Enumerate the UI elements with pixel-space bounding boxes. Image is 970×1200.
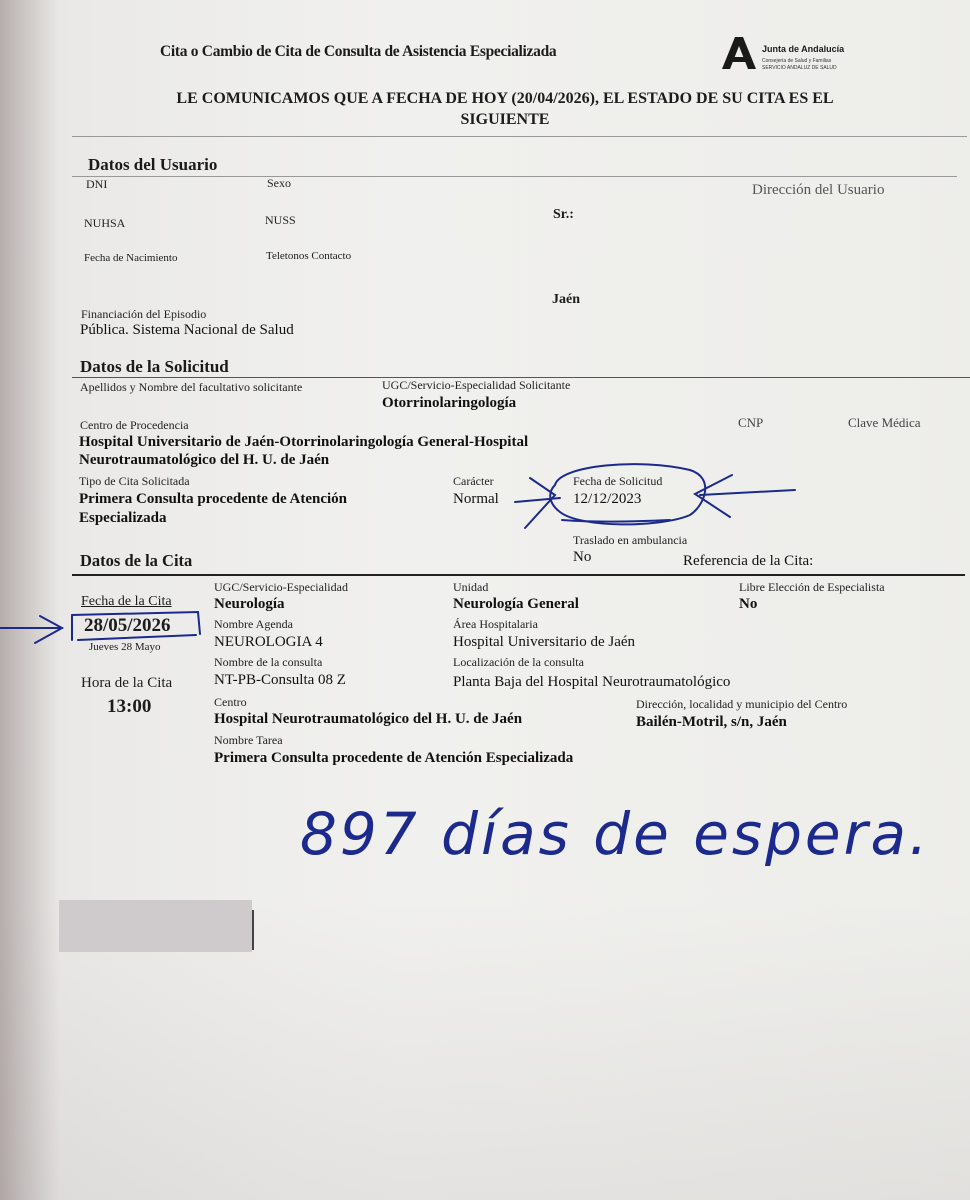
fecha-cita-label: Fecha de la Cita xyxy=(81,594,172,610)
fecha-nacimiento-label: Fecha de Nacimiento xyxy=(84,252,177,264)
document-page: Cita o Cambio de Cita de Consulta de Asi… xyxy=(0,0,970,1200)
area-label: Área Hospitalaria xyxy=(453,617,538,632)
centro-cita-value: Hospital Neurotraumatológico del H. U. d… xyxy=(214,711,522,728)
caracter-label: Carácter xyxy=(453,474,494,489)
centro-cita-label: Centro xyxy=(214,695,247,710)
solicitud-section-title: Datos de la Solicitud xyxy=(80,357,229,377)
tarea-label: Nombre Tarea xyxy=(214,733,283,748)
notice-line2: SIGUIENTE xyxy=(0,111,970,129)
unidad-label: Unidad xyxy=(453,580,488,595)
financiacion-label: Financiación del Episodio xyxy=(81,307,206,322)
dni-label: DNI xyxy=(86,177,107,192)
fecha-cita-value: 28/05/2026 xyxy=(84,615,171,637)
centro-procedencia-label: Centro de Procedencia xyxy=(80,418,189,433)
libre-eleccion-value: No xyxy=(739,596,757,613)
tarea-value: Primera Consulta procedente de Atención … xyxy=(214,750,573,767)
traslado-value: No xyxy=(573,549,591,566)
area-value: Hospital Universitario de Jaén xyxy=(453,634,635,651)
ugc-solicitante-label: UGC/Servicio-Especialidad Solicitante xyxy=(382,378,570,393)
hora-cita-value: 13:00 xyxy=(107,696,151,718)
centro-procedencia-line1: Hospital Universitario de Jaén-Otorrinol… xyxy=(79,434,528,451)
tipo-cita-label: Tipo de Cita Solicitada xyxy=(79,474,190,489)
direccion-centro-label: Dirección, localidad y municipio del Cen… xyxy=(636,697,847,712)
consulta-value: NT-PB-Consulta 08 Z xyxy=(214,672,346,689)
agenda-value: NEUROLOGIA 4 xyxy=(214,634,323,651)
cita-divider xyxy=(72,574,965,576)
nuss-label: NUSS xyxy=(265,213,296,228)
junta-andalucia-logo-icon xyxy=(722,37,756,69)
fecha-solicitud-value: 12/12/2023 xyxy=(573,491,641,508)
tipo-cita-line2: Especializada xyxy=(79,510,167,527)
ugc-solicitante-value: Otorrinolaringología xyxy=(382,395,516,412)
cnp-label: CNP xyxy=(738,415,763,431)
unidad-value: Neurología General xyxy=(453,596,579,613)
logo-name: Junta de Andalucía xyxy=(762,44,844,54)
traslado-label: Traslado en ambulancia xyxy=(573,533,687,548)
fecha-solicitud-label: Fecha de Solicitud xyxy=(573,474,662,489)
logo-line1: Consejería de Salud y Familias xyxy=(762,58,831,64)
consulta-label: Nombre de la consulta xyxy=(214,655,322,670)
ugc-cita-value: Neurología xyxy=(214,596,285,613)
referencia-label: Referencia de la Cita: xyxy=(683,553,813,570)
cita-section-title: Datos de la Cita xyxy=(80,551,192,571)
header-divider xyxy=(72,136,967,137)
redacted-block xyxy=(59,900,252,952)
usuario-divider xyxy=(72,176,957,177)
direccion-centro-value: Bailén-Motril, s/n, Jaén xyxy=(636,714,787,731)
sr-label: Sr.: xyxy=(553,207,574,223)
notice-line1: LE COMUNICAMOS QUE A FECHA DE HOY (20/04… xyxy=(0,90,970,108)
document-title: Cita o Cambio de Cita de Consulta de Asi… xyxy=(160,43,556,61)
logo-line2: SERVICIO ANDALUZ DE SALUD xyxy=(762,65,837,71)
ugc-cita-label: UGC/Servicio-Especialidad xyxy=(214,580,348,595)
localizacion-label: Localización de la consulta xyxy=(453,655,584,670)
facultativo-label: Apellidos y Nombre del facultativo solic… xyxy=(80,380,302,395)
financiacion-value: Pública. Sistema Nacional de Salud xyxy=(80,322,294,339)
agenda-label: Nombre Agenda xyxy=(214,617,293,632)
centro-procedencia-line2: Neurotraumatológico del H. U. de Jaén xyxy=(79,452,329,469)
caracter-value: Normal xyxy=(453,491,499,508)
tipo-cita-line1: Primera Consulta procedente de Atención xyxy=(79,491,347,508)
localizacion-value: Planta Baja del Hospital Neurotraumatoló… xyxy=(453,674,730,691)
nuhsa-label: NUHSA xyxy=(84,216,125,231)
sexo-label: Sexo xyxy=(267,176,291,191)
direccion-usuario-label: Dirección del Usuario xyxy=(752,182,884,199)
telefonos-label: Teletonos Contacto xyxy=(266,250,351,262)
clave-medica-label: Clave Médica xyxy=(848,415,921,431)
redacted-edge-mark xyxy=(252,910,254,950)
libre-eleccion-label: Libre Elección de Especialista xyxy=(739,580,885,595)
ciudad-value: Jaén xyxy=(552,292,580,308)
hora-cita-label: Hora de la Cita xyxy=(81,675,172,692)
handwritten-note: 897 días de espera. xyxy=(300,800,930,868)
usuario-section-title: Datos del Usuario xyxy=(88,155,217,175)
fecha-cita-dia: Jueves 28 Mayo xyxy=(89,641,161,653)
